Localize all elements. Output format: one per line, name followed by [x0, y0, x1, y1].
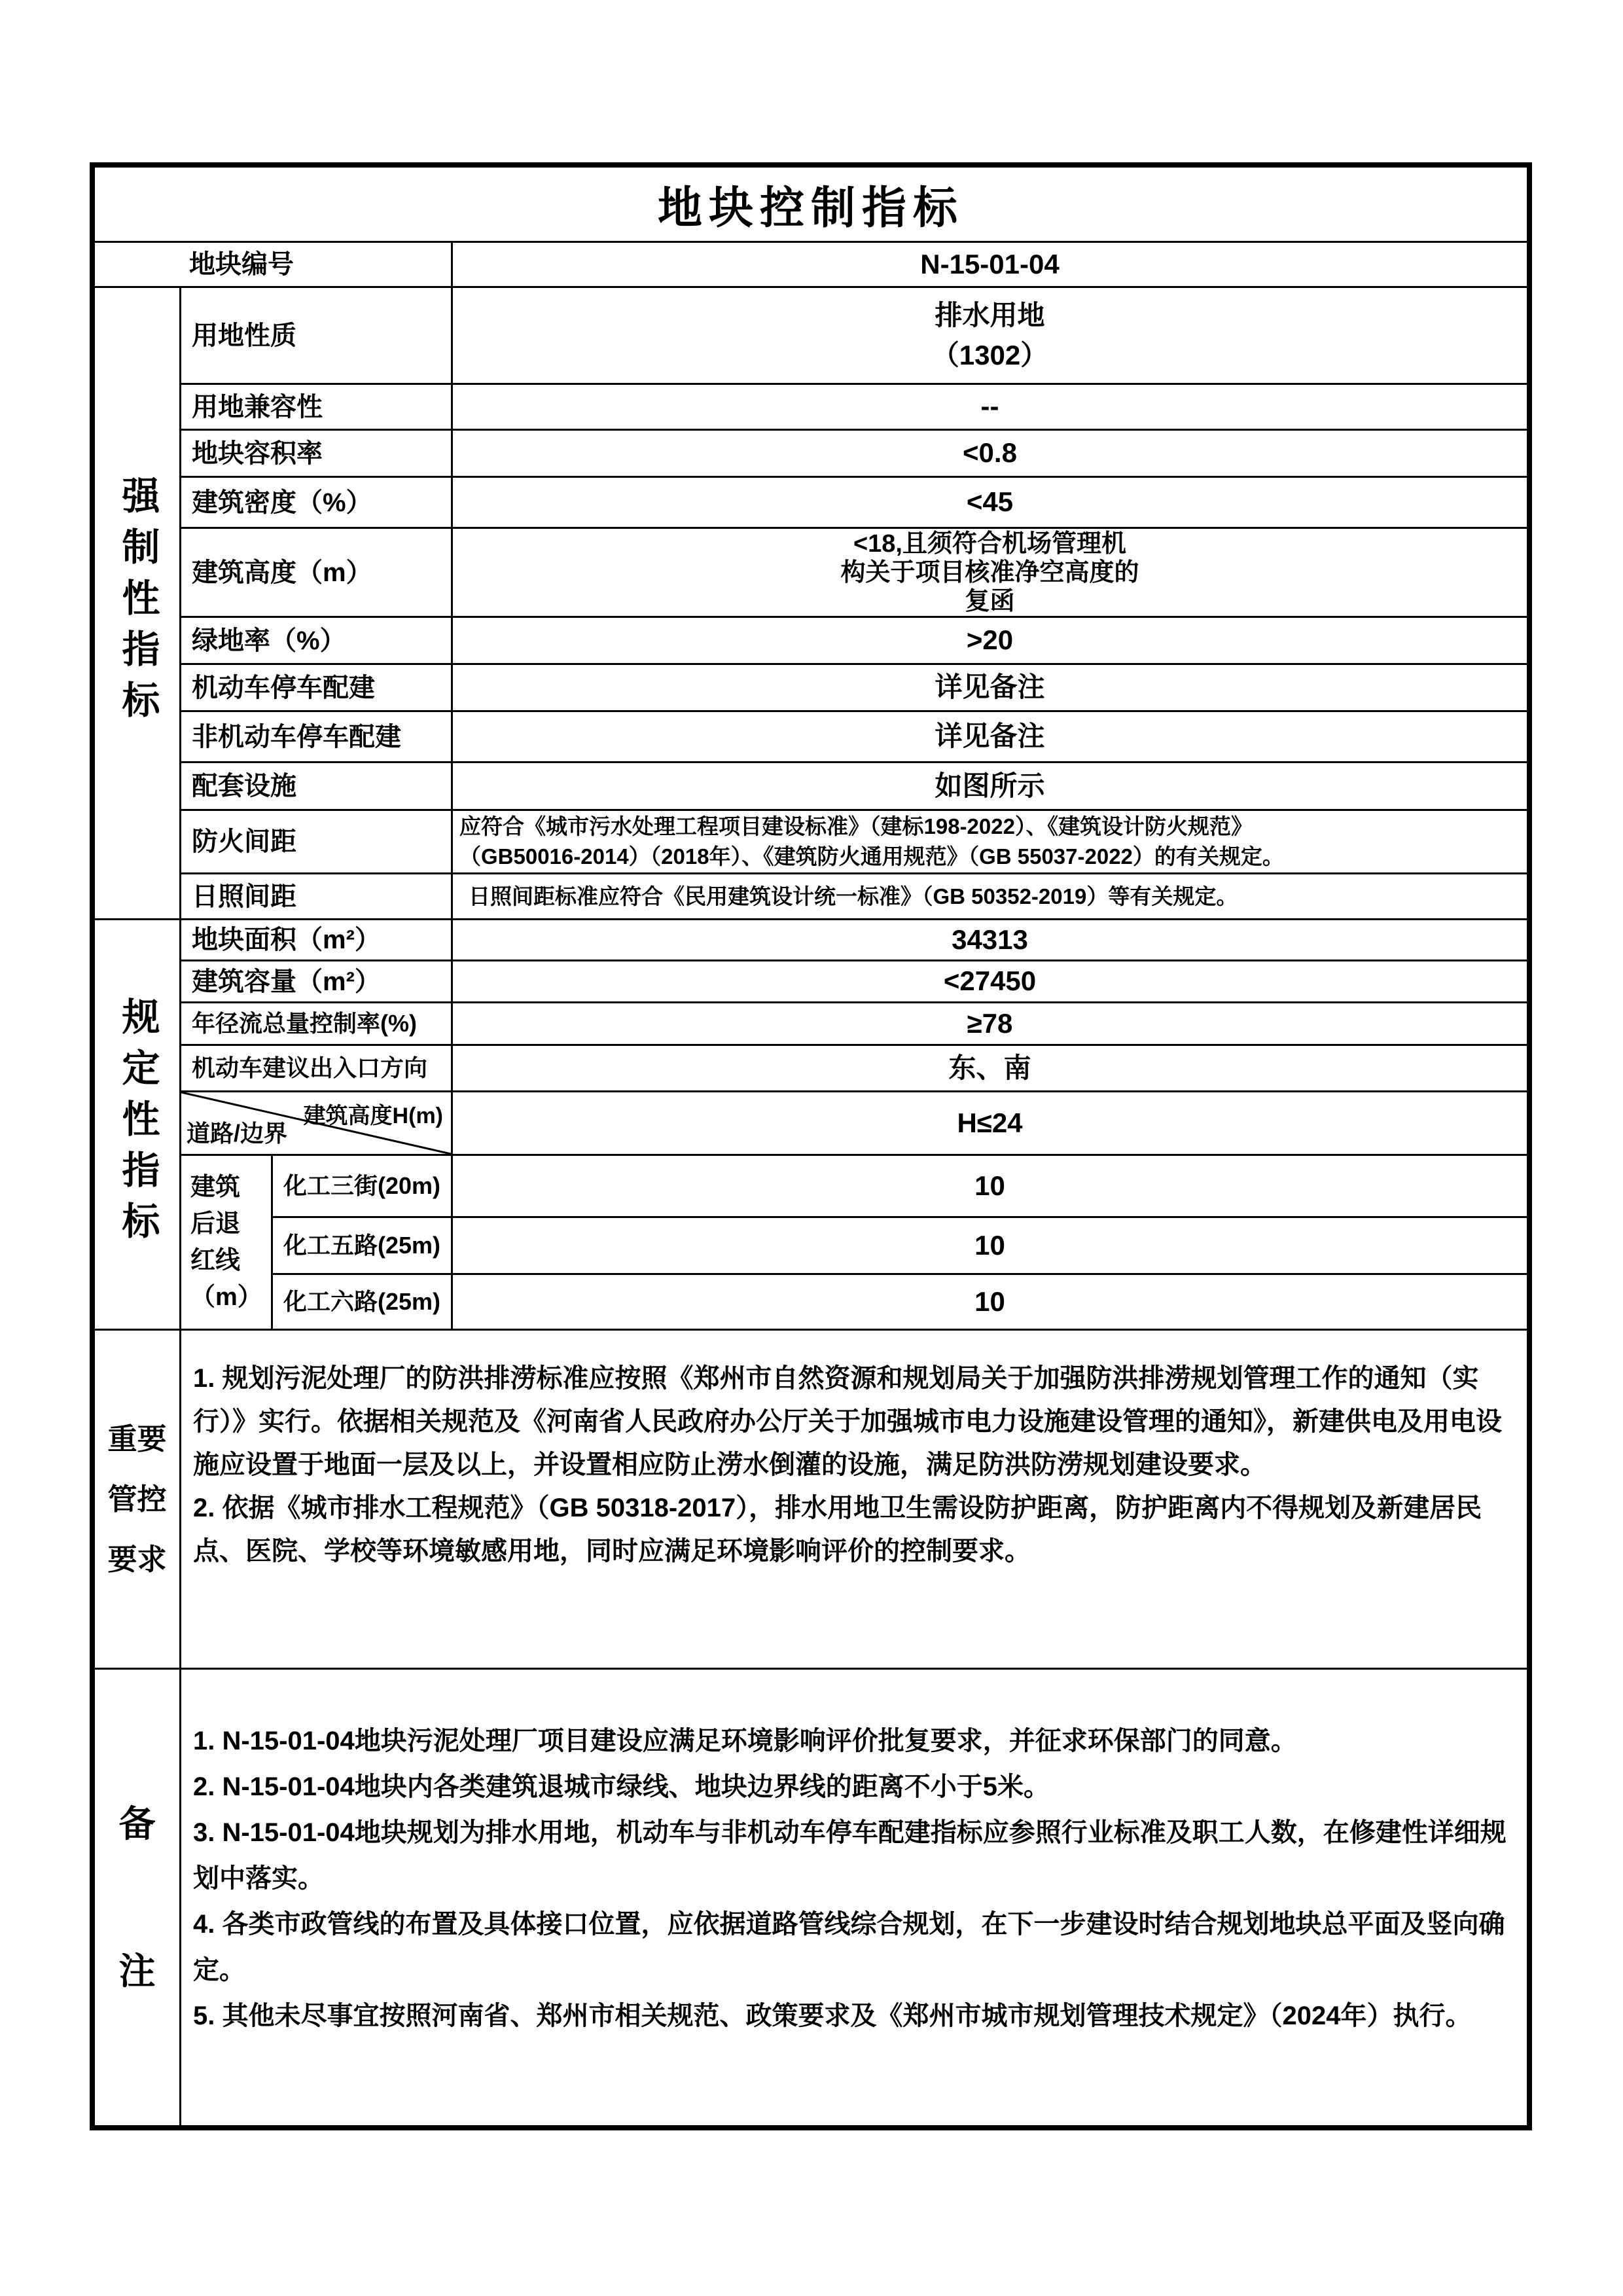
fire-separation-label: 防火间距	[181, 811, 453, 874]
control-paragraph-1: 1. 规划污泥处理厂的防洪排涝标准应按照《郑州市自然资源和规划局关于加强防洪排涝…	[193, 1357, 1511, 1486]
matrix-height-value: H≤24	[453, 1092, 1527, 1156]
matrix-top-label: 建筑高度H(m)	[304, 1098, 443, 1130]
control-requirements-section-label: 重要 管控 要求	[107, 1409, 166, 1590]
control-indicators-table: 地块控制指标 地块编号 N-15-01-04 强制性指标 用地性质 排水用地 （…	[90, 162, 1532, 2130]
control-requirements-section: 重要 管控 要求	[95, 1331, 181, 1670]
note-1: 1. N-15-01-04地块污泥处理厂项目建设应满足环境影响评价批复要求，并征…	[193, 1718, 1507, 1764]
supporting-facilities-label: 配套设施	[181, 763, 453, 811]
fire-separation-value: 应符合《城市污水处理工程项目建设标准》（建标198-2022）、《建筑设计防火规…	[453, 811, 1527, 874]
building-density-label: 建筑密度（%）	[181, 478, 453, 529]
note-5: 5. 其他未尽事宜按照河南省、郑州市相关规范、政策要求及《郑州市城市规划管理技术…	[193, 1993, 1507, 2039]
building-height-value: <18,且须符合机场管理机 构关于项目核准净空高度的 复函	[453, 529, 1527, 618]
runoff-control-rate-label: 年径流总量控制率(%)	[181, 1003, 453, 1046]
note-3: 3. N-15-01-04地块规划为排水用地，机动车与非机动车停车配建指标应参照…	[193, 1810, 1507, 1901]
building-density-value: <45	[453, 478, 1527, 529]
land-use-nature-value: 排水用地 （1302）	[453, 288, 1527, 385]
land-use-nature-label: 用地性质	[181, 288, 453, 385]
regulatory-section-label: 规定性指标	[110, 997, 165, 1252]
setback-huagong-3rd-street-label: 化工三街(20m)	[273, 1156, 453, 1218]
control-requirements-content: 1. 规划污泥处理厂的防洪排涝标准应按照《郑州市自然资源和规划局关于加强防洪排涝…	[181, 1331, 1527, 1670]
notes-section: 备 注	[95, 1670, 181, 2125]
plot-far-value: <0.8	[453, 431, 1527, 478]
setback-huagong-3rd-street-value: 10	[453, 1156, 1527, 1218]
land-use-compatibility-value: --	[453, 385, 1527, 431]
page: 地块控制指标 地块编号 N-15-01-04 强制性指标 用地性质 排水用地 （…	[0, 0, 1623, 2296]
building-capacity-value: <27450	[453, 961, 1527, 1003]
plot-area-value: 34313	[453, 920, 1527, 961]
vehicle-entrance-direction-value: 东、南	[453, 1046, 1527, 1092]
page-title: 地块控制指标	[95, 168, 1527, 243]
building-capacity-label: 建筑容量（m²）	[181, 961, 453, 1003]
plot-area-label: 地块面积（m²）	[181, 920, 453, 961]
land-use-compatibility-label: 用地兼容性	[181, 385, 453, 431]
road-boundary-matrix-cell: 建筑高度H(m) 道路/边界	[181, 1092, 453, 1156]
setback-huagong-6th-road-value: 10	[453, 1275, 1527, 1331]
note-4: 4. 各类市政管线的布置及具体接口位置，应依据道路管线综合规划，在下一步建设时结…	[193, 1901, 1507, 1993]
control-paragraph-2: 2. 依据《城市排水工程规范》（GB 50318-2017），排水用地卫生需设防…	[193, 1486, 1511, 1573]
setback-huagong-6th-road-label: 化工六路(25m)	[273, 1275, 453, 1331]
mandatory-section: 强制性指标	[95, 288, 181, 920]
setback-group-label: 建筑 后退 红线 （m）	[181, 1156, 273, 1331]
green-ratio-value: >20	[453, 618, 1527, 665]
supporting-facilities-value: 如图所示	[453, 763, 1527, 811]
sunlight-spacing-value: 日照间距标准应符合《民用建筑设计统一标准》（GB 50352-2019）等有关规…	[453, 874, 1527, 920]
green-ratio-label: 绿地率（%）	[181, 618, 453, 665]
plot-far-label: 地块容积率	[181, 431, 453, 478]
regulatory-section: 规定性指标	[95, 920, 181, 1331]
notes-section-label: 备 注	[119, 1750, 156, 2045]
motor-parking-value: 详见备注	[453, 665, 1527, 712]
motor-parking-label: 机动车停车配建	[181, 665, 453, 712]
note-2: 2. N-15-01-04地块内各类建筑退城市绿线、地块边界线的距离不小于5米。	[193, 1764, 1507, 1810]
runoff-control-rate-value: ≥78	[453, 1003, 1527, 1046]
building-height-label: 建筑高度（m）	[181, 529, 453, 618]
setback-huagong-5th-road-value: 10	[453, 1218, 1527, 1275]
non-motor-parking-label: 非机动车停车配建	[181, 712, 453, 763]
mandatory-section-label: 强制性指标	[110, 476, 165, 731]
plot-code-value: N-15-01-04	[453, 243, 1527, 288]
setback-huagong-5th-road-label: 化工五路(25m)	[273, 1218, 453, 1275]
vehicle-entrance-direction-label: 机动车建议出入口方向	[181, 1046, 453, 1092]
notes-content: 1. N-15-01-04地块污泥处理厂项目建设应满足环境影响评价批复要求，并征…	[181, 1670, 1527, 2125]
non-motor-parking-value: 详见备注	[453, 712, 1527, 763]
matrix-bottom-label: 道路/边界	[187, 1115, 287, 1149]
sunlight-spacing-label: 日照间距	[181, 874, 453, 920]
plot-code-label: 地块编号	[95, 243, 453, 288]
